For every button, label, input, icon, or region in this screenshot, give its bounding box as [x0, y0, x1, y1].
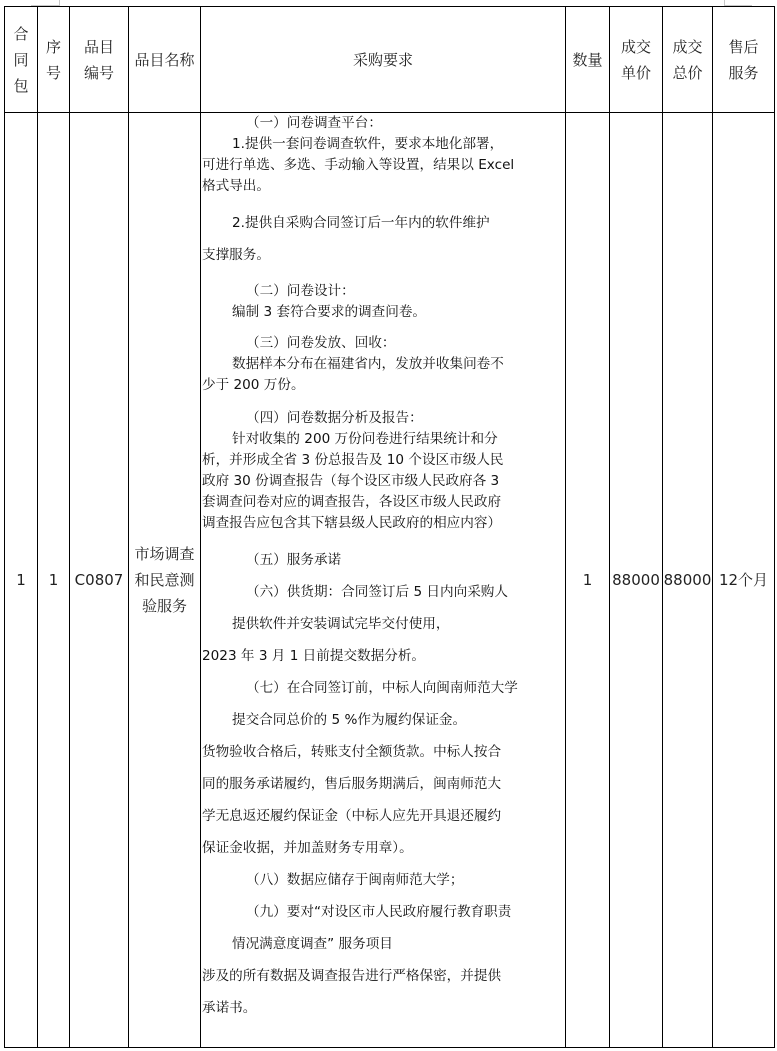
req-section-4-title: （四）问卷数据分析及报告：: [202, 408, 564, 429]
req-line: 提交合同总价的 5 %作为履约保证金。: [202, 704, 564, 736]
header-quantity: 数量: [566, 7, 610, 113]
req-line: 编制 3 套符合要求的调查问卷。: [202, 302, 564, 323]
procurement-table: 合 同 包 序 号 品目 编号 品目名称 采购要求 数量 成交 单价 成交 总价…: [4, 6, 775, 1048]
table-row: 1 1 C0807 市场调查 和民意测 验服务 （一）问卷调查平台： 1.提供一…: [5, 113, 775, 1048]
req-line: 货物验收合格后，转账支付全额货款。中标人按合: [202, 736, 564, 768]
header-sequence: 序 号: [38, 7, 70, 113]
req-line: 套调查问卷对应的调查报告，各设区市级人民政府: [202, 492, 564, 513]
header-requirements: 采购要求: [201, 7, 566, 113]
cell-item-code: C0807: [70, 113, 129, 1048]
req-line: 可进行单选、多选、手动输入等设置，结果以 Excel: [202, 155, 564, 176]
cell-item-name: 市场调查 和民意测 验服务: [129, 113, 201, 1048]
header-after-sales: 售后 服务: [713, 7, 775, 113]
req-line: 数据样本分布在福建省内，发放并收集问卷不: [202, 354, 564, 375]
req-line: 同的服务承诺履约，售后服务期满后，闽南师范大: [202, 768, 564, 800]
req-section-1-title: （一）问卷调查平台：: [202, 113, 564, 134]
req-line: 支撑服务。: [202, 239, 564, 271]
req-section-9-title: （九）要对“对设区市人民政府履行教育职责: [202, 896, 564, 928]
req-line: 2.提供自采购合同签订后一年内的软件维护: [202, 207, 564, 239]
req-section-7-title: （七）在合同签订前，中标人向闽南师范大学: [202, 672, 564, 704]
req-line: 1.提供一套问卷调查软件，要求本地化部署，: [202, 134, 564, 155]
req-line: 调查报告应包含其下辖县级人民政府的相应内容）: [202, 513, 564, 534]
cell-quantity: 1: [566, 113, 610, 1048]
req-line: 政府 30 份调查报告（每个设区市级人民政府各 3: [202, 471, 564, 492]
req-section-6-title: （六）供货期：合同签订后 5 日内向采购人: [202, 576, 564, 608]
header-item-name: 品目名称: [129, 7, 201, 113]
req-line: 提供软件并安装调试完毕交付使用，: [202, 608, 564, 640]
header-total-price: 成交 总价: [663, 7, 713, 113]
req-section-8-title: （八）数据应储存于闽南师范大学；: [202, 864, 564, 896]
cell-requirements: （一）问卷调查平台： 1.提供一套问卷调查软件，要求本地化部署， 可进行单选、多…: [201, 113, 566, 1048]
cell-after-sales: 12个月: [713, 113, 775, 1048]
req-line: 承诺书。: [202, 992, 564, 1024]
req-section-2-title: （二）问卷设计：: [202, 281, 564, 302]
req-line: 格式导出。: [202, 176, 564, 197]
req-line: 2023 年 3 月 1 日前提交数据分析。: [202, 640, 564, 672]
cell-contract-package: 1: [5, 113, 38, 1048]
cell-total-price: 88000: [663, 113, 713, 1048]
req-line: 涉及的所有数据及调查报告进行严格保密，并提供: [202, 960, 564, 992]
req-line: 情况满意度调查” 服务项目: [202, 928, 564, 960]
req-line: 针对收集的 200 万份问卷进行结果统计和分: [202, 429, 564, 450]
header-contract-package: 合 同 包: [5, 7, 38, 113]
header-row: 合 同 包 序 号 品目 编号 品目名称 采购要求 数量 成交 单价 成交 总价…: [5, 7, 775, 113]
cell-sequence: 1: [38, 113, 70, 1048]
req-line: 析，并形成全省 3 份总报告及 10 个设区市级人民: [202, 450, 564, 471]
req-line: 少于 200 万份。: [202, 375, 564, 396]
req-section-3-title: （三）问卷发放、回收：: [202, 333, 564, 354]
cell-unit-price: 88000: [610, 113, 663, 1048]
req-section-5-title: （五）服务承诺: [202, 544, 564, 576]
req-line: 学无息返还履约保证金（中标人应先开具退还履约: [202, 800, 564, 832]
header-item-code: 品目 编号: [70, 7, 129, 113]
header-unit-price: 成交 单价: [610, 7, 663, 113]
req-line: 保证金收据，并加盖财务专用章）。: [202, 832, 564, 864]
